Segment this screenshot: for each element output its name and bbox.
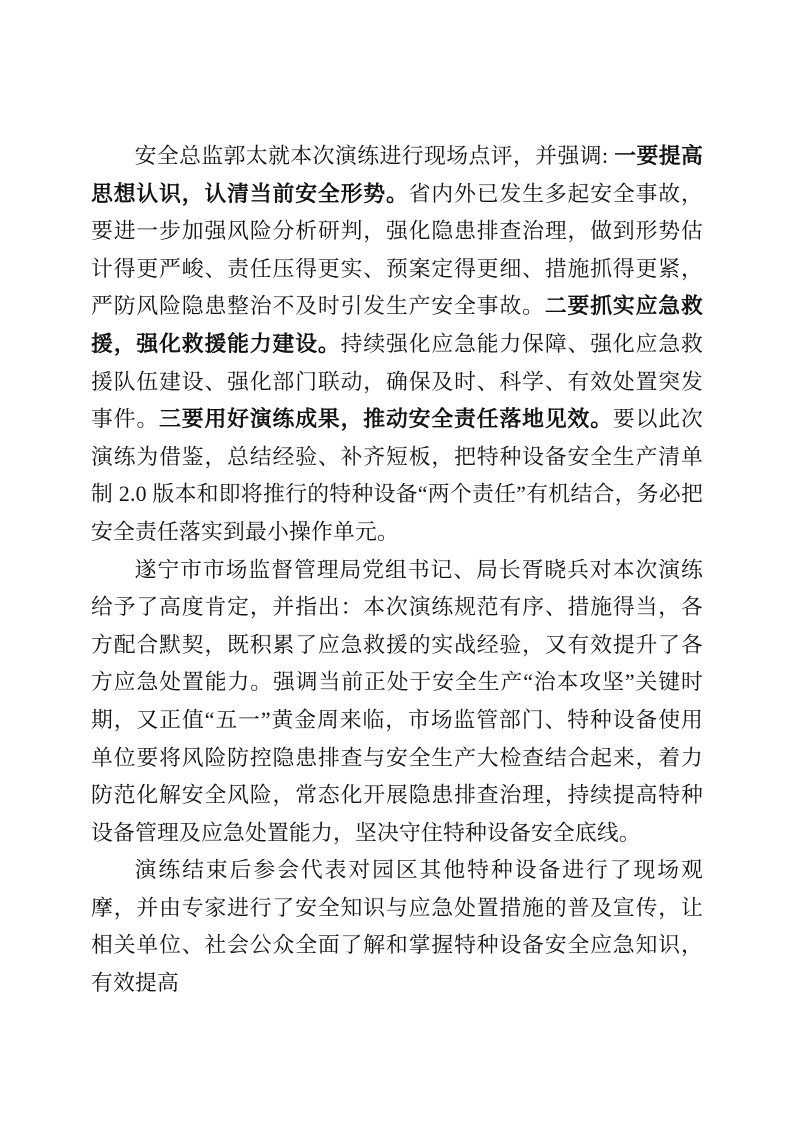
paragraph-3: 演练结束后参会代表对园区其他特种设备进行了现场观摩，并由专家进行了安全知识与应急… [91, 852, 703, 1002]
text-run: 安全总监郭太就本次演练进行现场点评，并强调: [135, 144, 615, 168]
document-page: 安全总监郭太就本次演练进行现场点评，并强调: 一要提高思想认识，认清当前安全形势… [0, 0, 793, 1122]
text-run: 演练结束后参会代表对园区其他特种设备进行了现场观摩，并由专家进行了安全知识与应急… [91, 858, 703, 995]
text-run: 遂宁市市场监督管理局党组书记、局长胥晓兵对本次演练给予了高度肯定，并指出：本次演… [91, 558, 703, 845]
bold-emphasis-run: 三要用好演练成果，推动安全责任落地见效。 [159, 407, 613, 431]
paragraph-1: 安全总监郭太就本次演练进行现场点评，并强调: 一要提高思想认识，认清当前安全形势… [91, 138, 703, 552]
document-body: 安全总监郭太就本次演练进行现场点评，并强调: 一要提高思想认识，认清当前安全形势… [91, 138, 703, 1003]
paragraph-2: 遂宁市市场监督管理局党组书记、局长胥晓兵对本次演练给予了高度肯定，并指出：本次演… [91, 552, 703, 853]
